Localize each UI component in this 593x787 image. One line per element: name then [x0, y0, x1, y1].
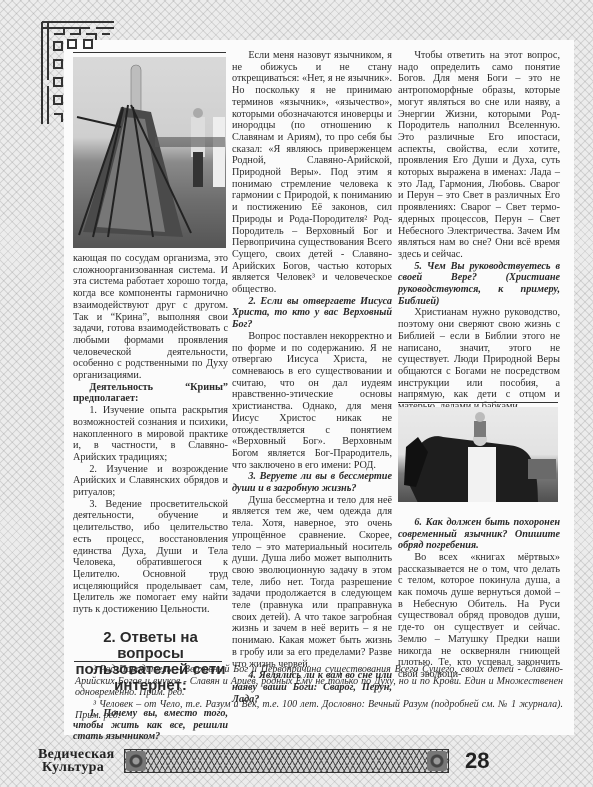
magazine-logo: Ведическая Культура: [38, 748, 132, 778]
footnote-divider: [74, 661, 222, 662]
answer-1: Если меня назовут язычником, я не обижус…: [232, 50, 392, 296]
activity-item: 3. Ведение просветительской деятельности…: [73, 499, 228, 616]
footnote-2: ² Род-Породитель – Верховный Бог и Перво…: [75, 664, 563, 699]
answer-4: Чтобы ответить на этот вопрос, надо опре…: [398, 50, 560, 261]
ritual-bonfire-photo: [73, 52, 226, 248]
question-5: 5. Чем Вы руководствуетесь в своей Вере?…: [398, 261, 560, 308]
question-2: 2. Если вы отвергаете Иисуса Христа, то …: [232, 296, 392, 331]
question-6: 6. Как должен быть похоронен современный…: [398, 517, 560, 552]
rosette-icon: [126, 751, 146, 771]
logo-line-2: Культура: [38, 761, 132, 774]
question-3: 3. Веруете ли вы в бессмертие души и в з…: [232, 471, 392, 494]
column-3: Чтобы ответить на этот вопрос, надо опре…: [398, 50, 560, 681]
footnotes: ² Род-Породитель – Верховный Бог и Перво…: [75, 664, 563, 722]
answer-2: Вопрос поставлен некорректно и по форме …: [232, 331, 392, 471]
answer-5: Христианам нужно руководство, поэтому он…: [398, 307, 560, 412]
ornamental-band: [124, 749, 449, 773]
footnote-3: ³ Человек – от Чело, т.е. Разум и Век, т…: [75, 699, 563, 722]
column-2: Если меня назовут язычником, я не обижус…: [232, 50, 392, 705]
activity-heading: Деятельность “Крины” предполагает:: [73, 382, 228, 405]
activity-item: 2. Изучение и возрождение Арийских и Сла…: [73, 464, 228, 499]
rosette-icon: [427, 751, 447, 771]
rider-horse-photo: [398, 402, 558, 502]
page-number: 28: [465, 748, 489, 774]
answer-3: Душа бессмертна и тело для неё является …: [232, 495, 392, 671]
paragraph: кающая по сосудам организма, это сложноо…: [73, 253, 228, 382]
activity-item: 1. Изучение опыта раскрытия возможностей…: [73, 405, 228, 464]
answer-6: Во всех «книгах мёртвых» рассказывается …: [398, 552, 560, 681]
